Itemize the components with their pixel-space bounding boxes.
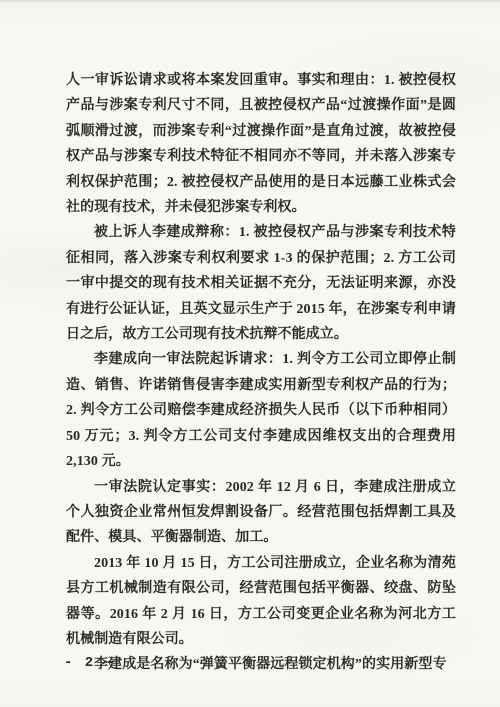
body-paragraph: 李建成是名称为“弹簧平衡器远程锁定机构”的实用新型专 bbox=[66, 652, 456, 677]
body-paragraph: 李建成向一审法院起诉请求：1. 判令方工公司立即停止制造、销售、许诺销售侵害李建… bbox=[66, 347, 456, 474]
body-paragraph: 被上诉人李建成辩称：1. 被控侵权产品与涉案专利技术特征相同，落入涉案专利权利要… bbox=[66, 220, 456, 347]
body-paragraph: 人一审诉讼请求或将本案发回重审。事实和理由：1. 被控侵权产品与涉案专利尺寸不同… bbox=[66, 68, 456, 220]
page-number: - 2 - bbox=[64, 655, 116, 671]
document-body: 人一审诉讼请求或将本案发回重审。事实和理由：1. 被控侵权产品与涉案专利尺寸不同… bbox=[66, 68, 456, 678]
document-page: 人一审诉讼请求或将本案发回重审。事实和理由：1. 被控侵权产品与涉案专利尺寸不同… bbox=[0, 0, 500, 707]
body-paragraph: 2013 年 10 月 15 日，方工公司注册成立，企业名称为清苑县方工机械制造… bbox=[66, 551, 456, 653]
scan-edge-shadow bbox=[0, 0, 500, 3]
body-paragraph: 一审法院认定事实：2002 年 12 月 6 日，李建成注册成立个人独资企业常州… bbox=[66, 475, 456, 551]
